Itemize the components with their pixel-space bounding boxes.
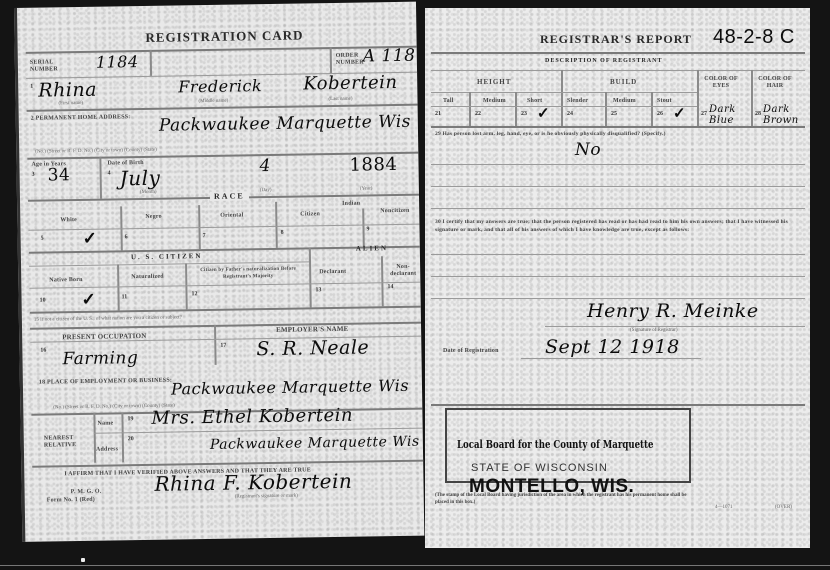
age-value: 34 — [47, 165, 70, 185]
footer-over: (OVER) — [775, 505, 792, 510]
disability-question: 29 Has person lost arm, leg, hand, eye, … — [435, 130, 801, 138]
employer-value: S. R. Neale — [256, 336, 369, 360]
race-num-9: 9 — [366, 226, 369, 232]
eye-color: Dark Blue — [709, 104, 749, 126]
home-address: Packwaukee Marquette Wis — [159, 112, 411, 136]
race-col-negro: Negro — [145, 214, 162, 220]
alien-heading: ALIEN — [356, 244, 388, 253]
employer-heading: EMPLOYER'S NAME — [276, 325, 349, 334]
alien-col-declarant: Declarant — [319, 269, 346, 275]
form-code: P. M. G. O. — [71, 489, 102, 495]
alien-num-13: 13 — [315, 287, 321, 293]
dob-year-label: (Year) — [360, 186, 373, 191]
race-col-citizen: Citizen — [300, 211, 320, 217]
home-address-sublabel: (No.) (Street or R. F. D. No.) (City or … — [35, 148, 157, 155]
employer-num: 17 — [220, 343, 226, 349]
build-col-medium: Medium — [613, 98, 636, 104]
dob-year: 1884 — [349, 154, 397, 176]
home-address-label: 2 PERMANENT HOME ADDRESS: — [31, 114, 131, 122]
serial-number: 1184 — [96, 52, 139, 72]
first-name-label: (First name) — [58, 101, 83, 106]
race-num-6: 6 — [125, 234, 128, 240]
first-name: Rhina — [38, 79, 97, 102]
disability-answer: No — [575, 140, 601, 160]
native-born-mark: ✓ — [81, 290, 96, 310]
form-number: Form No. 1 (Red) — [47, 497, 95, 504]
certification-text: 30 I certify that my answers are true; t… — [435, 218, 801, 234]
dob-day: 4 — [259, 156, 271, 176]
height-col-medium: Medium — [483, 98, 506, 104]
race-num-5: 5 — [41, 236, 44, 242]
dob-month-label: (Month) — [140, 190, 157, 195]
registrar-signature: Henry R. Meinke — [587, 300, 759, 322]
race-num-7: 7 — [203, 233, 206, 239]
build-stout-mark: ✓ — [673, 104, 686, 122]
build-col-stout: Stout — [657, 98, 672, 104]
height-heading: HEIGHT — [477, 78, 511, 86]
occupation-num: 16 — [40, 348, 46, 354]
footer-code: 4—1071 — [715, 505, 733, 510]
middle-name: Frederick — [178, 76, 262, 96]
registrant-signature-label: (Registrant's signature or mark) — [235, 494, 298, 500]
scan-artifact — [81, 558, 85, 562]
place-of-employment: Packwaukee Marquette Wis — [171, 376, 409, 399]
race-num-8: 8 — [281, 230, 284, 236]
relative-name: Mrs. Ethel Kobertein — [151, 405, 353, 429]
height-num-22: 22 — [475, 111, 481, 117]
relative-address: Packwaukee Marquette Wis — [210, 434, 420, 453]
card-title: REGISTRATION CARD — [145, 27, 303, 45]
report-title: REGISTRAR'S REPORT — [540, 32, 692, 47]
middle-name-label: (Middle name) — [198, 99, 228, 104]
citizen-col-native: Native Born — [49, 277, 82, 284]
relative-address-num: 20 — [128, 436, 134, 442]
race-white-mark: ✓ — [82, 229, 97, 249]
occupation-value: Farming — [62, 348, 138, 369]
stamp-local-board: Local Board for the County of Marquette — [457, 438, 653, 451]
alien-col-nondeclarant: Non-declarant — [386, 264, 420, 279]
last-name-label: (Last name) — [328, 97, 352, 102]
stamp-state: STATE OF WISCONSIN — [471, 462, 608, 474]
color-eyes-label: COLOR OF EYES — [701, 76, 741, 90]
height-num-23: 23 — [521, 111, 527, 117]
relative-name-num: 19 — [127, 416, 133, 422]
order-number: A 1187 — [363, 46, 425, 67]
build-num-24: 24 — [567, 111, 573, 117]
citizen-num-12: 12 — [191, 291, 197, 297]
serial-number-label: SERIAL NUMBER — [30, 59, 60, 73]
place-of-employment-label: 18 PLACE OF EMPLOYMENT OR BUSINESS: — [39, 378, 172, 386]
local-board-stamp: Local Board for the County of Marquette … — [445, 408, 691, 483]
citizen-num-10: 10 — [40, 298, 46, 304]
registration-card: REGISTRATION CARD SERIAL NUMBER 1184 ORD… — [14, 2, 424, 542]
race-col-oriental: Oriental — [220, 212, 243, 218]
race-col-white: White — [60, 217, 77, 223]
registrant-signature: Rhina F. Kobertein — [154, 469, 352, 496]
hair-color: Dark Brown — [763, 104, 807, 126]
order-number-label: ORDER NUMBER — [336, 53, 362, 67]
build-heading: BUILD — [610, 78, 637, 86]
us-citizen-heading: U. S. CITIZEN — [131, 252, 203, 261]
alien-num-14: 14 — [387, 284, 393, 290]
height-short-mark: ✓ — [537, 104, 550, 122]
relative-name-label: Name — [97, 420, 113, 426]
build-col-slender: Slender — [567, 98, 588, 104]
citizen-col-father: Citizen by Father's naturalization Befor… — [193, 265, 303, 281]
date-of-registration: Sept 12 1918 — [545, 336, 680, 358]
eyes-num: 27 — [701, 111, 707, 117]
description-heading: DESCRIPTION OF REGISTRANT — [545, 58, 662, 64]
dob-day-label: (Day) — [260, 188, 272, 193]
indian-label: Indian — [342, 201, 360, 207]
race-col-noncitizen: Noncitizen — [380, 208, 409, 214]
citizen-of-question: 15 If not a citizen of the U. S., of wha… — [34, 315, 182, 322]
dob-month: July — [120, 166, 161, 191]
color-hair-label: COLOR OF HAIR — [755, 76, 795, 90]
nearest-relative-label: NEAREST RELATIVE — [44, 435, 84, 450]
build-num-26: 26 — [657, 111, 663, 117]
height-col-tall: Tall — [443, 98, 454, 104]
last-name: Kobertein — [303, 72, 398, 94]
citizen-col-naturalized: Naturalized — [131, 274, 164, 281]
registrar-signature-label: (Signature of Registrar) — [630, 328, 678, 333]
scan-edge-line — [0, 565, 830, 566]
date-of-registration-label: Date of Registration — [443, 348, 499, 354]
height-num-21: 21 — [435, 111, 441, 117]
hair-num: 28 — [755, 111, 761, 117]
citizen-num-11: 11 — [122, 294, 128, 300]
relative-address-label: Address — [96, 446, 118, 452]
stamp-caption: (The stamp of the Local Board having jur… — [435, 492, 695, 506]
race-heading: RACE — [210, 191, 249, 201]
build-num-25: 25 — [611, 111, 617, 117]
report-stamp-code: 48-2-8 C — [713, 26, 795, 49]
registrars-report-card: REGISTRAR'S REPORT 48-2-8 C DESCRIPTION … — [425, 8, 810, 548]
